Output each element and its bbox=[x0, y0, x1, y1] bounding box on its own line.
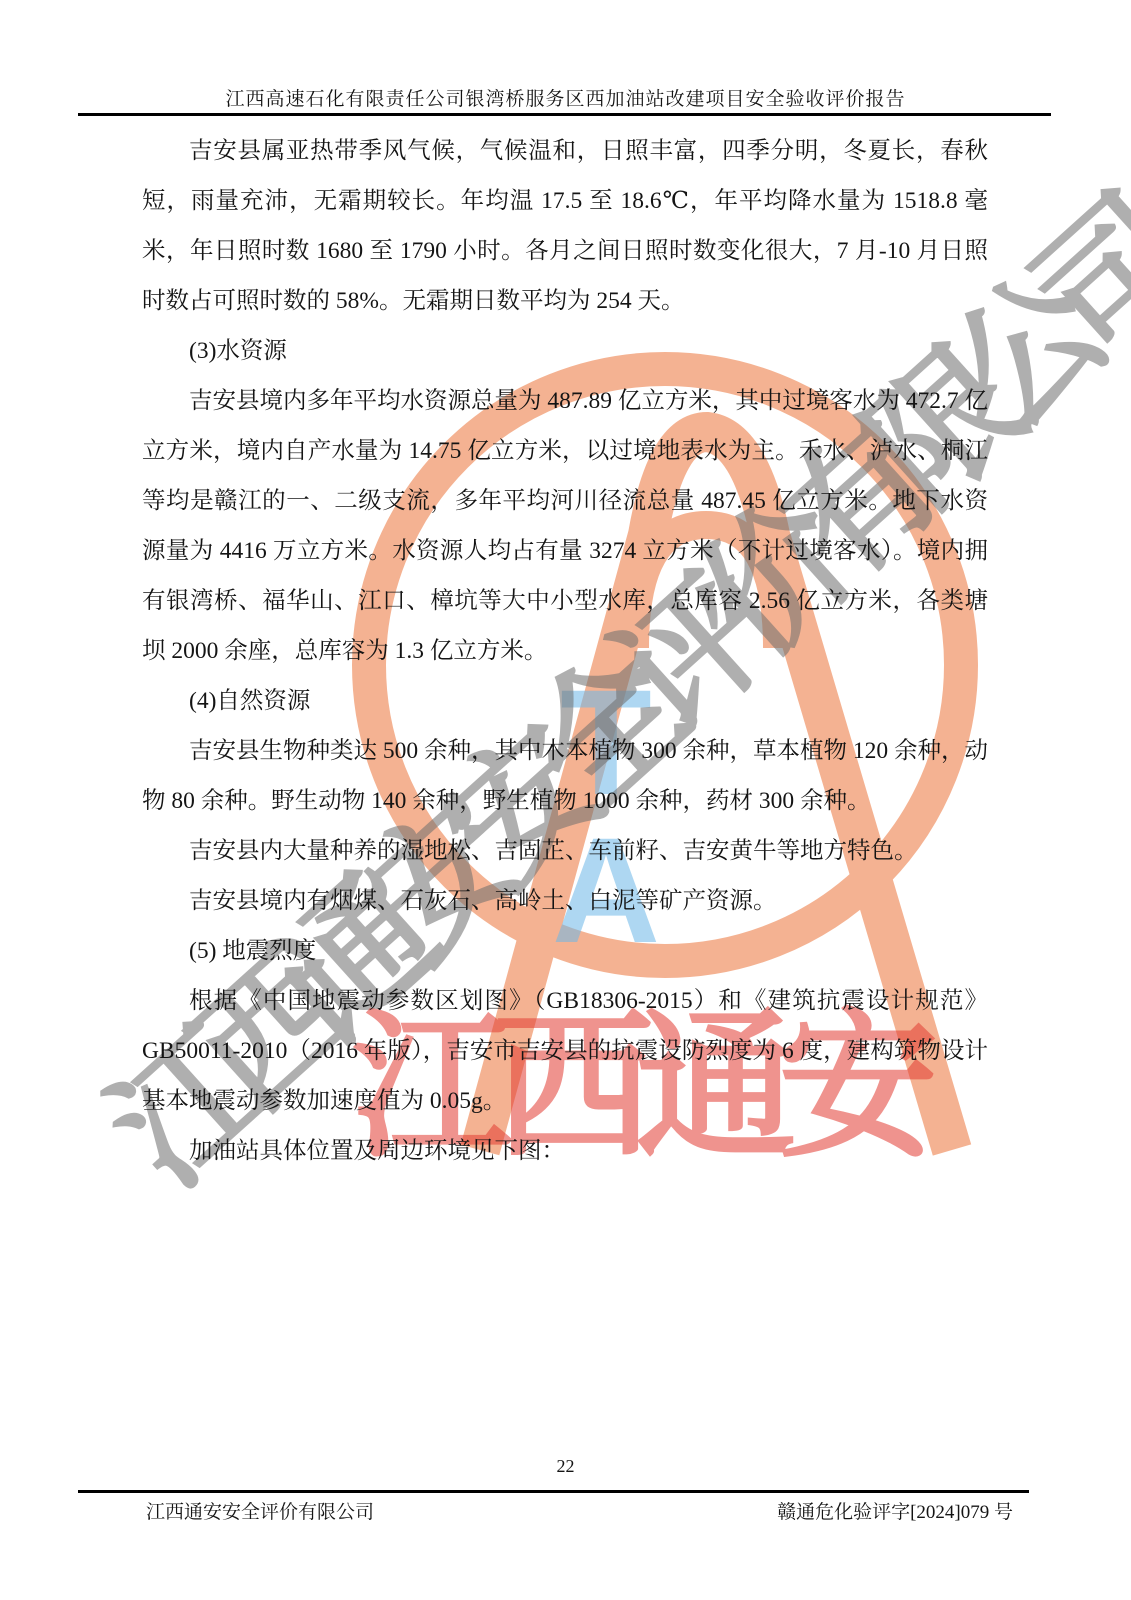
heading-water-resources: (3)水资源 bbox=[142, 326, 988, 376]
document-page: T A 江西通安安全评价有限公司 江西通安 江西高速石化有限责任公司银湾桥服务区… bbox=[0, 0, 1131, 1600]
footer-divider bbox=[78, 1490, 1029, 1493]
paragraph-location-note: 加油站具体位置及周边环境见下图： bbox=[142, 1126, 988, 1176]
report-header-title: 江西高速石化有限责任公司银湾桥服务区西加油站改建项目安全验收评价报告 bbox=[90, 84, 1041, 111]
footer: 江西通安安全评价有限公司 赣通危化验评字[2024]079 号 bbox=[146, 1497, 1013, 1524]
paragraph-water-resources: 吉安县境内多年平均水资源总量为 487.89 亿立方米，其中过境客水为 472.… bbox=[142, 376, 988, 676]
heading-seismic-intensity: (5) 地震烈度 bbox=[142, 926, 988, 976]
paragraph-minerals: 吉安县境内有烟煤、石灰石、高岭土、白泥等矿产资源。 bbox=[142, 876, 988, 926]
header-divider bbox=[78, 113, 1051, 116]
heading-natural-resources: (4)自然资源 bbox=[142, 676, 988, 726]
footer-company-name: 江西通安安全评价有限公司 bbox=[146, 1497, 374, 1524]
paragraph-species: 吉安县生物种类达 500 余种，其中木本植物 300 余种，草本植物 120 余… bbox=[142, 726, 988, 826]
document-body: 吉安县属亚热带季风气候，气候温和，日照丰富，四季分明，冬夏长，春秋短，雨量充沛，… bbox=[142, 126, 988, 1176]
footer-document-number: 赣通危化验评字[2024]079 号 bbox=[777, 1497, 1013, 1524]
paragraph-local-specialties: 吉安县内大量种养的湿地松、吉固芷、车前籽、吉安黄牛等地方特色。 bbox=[142, 826, 988, 876]
paragraph-climate: 吉安县属亚热带季风气候，气候温和，日照丰富，四季分明，冬夏长，春秋短，雨量充沛，… bbox=[142, 126, 988, 326]
paragraph-seismic: 根据《中国地震动参数区划图》（GB18306-2015）和《建筑抗震设计规范》G… bbox=[142, 976, 988, 1126]
page-number: 22 bbox=[0, 1456, 1131, 1477]
